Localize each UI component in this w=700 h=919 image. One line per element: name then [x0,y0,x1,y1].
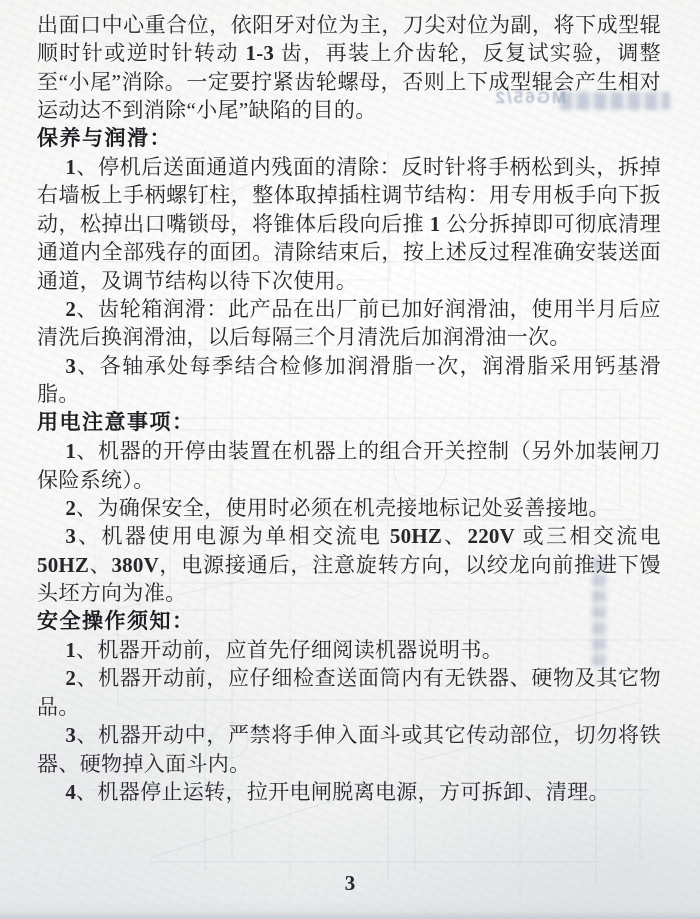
paragraph: 出面口中心重合位，依阳牙对位为主，刀尖对位为副，将下成型辊顺时针或逆时针转动 1… [37,11,661,125]
paragraph: 2、为确保安全，使用时必须在机壳接地标记处妥善接地。 [37,494,661,522]
scan-bottom-edge [0,911,700,919]
section-heading: 用电注意事项： [37,409,661,437]
paragraph: 4、机器停止运转，拉开电闸脱离电源，方可拆卸、清理。 [37,778,661,806]
page-body: 出面口中心重合位，依阳牙对位为主，刀尖对位为副，将下成型辊顺时针或逆时针转动 1… [37,11,661,806]
scanned-page: MG65/2 出面口中心重合位，依阳牙对位为主，刀尖对位为副，将下成型辊顺时针或… [0,0,700,919]
section-heading: 安全操作须知： [37,608,661,636]
paragraph: 1、停机后送面通道内残面的清除：反时针将手柄松到头，拆掉右墙板上手柄螺钉柱，整体… [37,153,661,295]
paragraph: 3、机器使用电源为单相交流电 50HZ、220V 或三相交流电 50HZ、380… [37,522,661,607]
paragraph: 1、机器的开停由装置在机器上的组合开关控制（另外加装闸刀保险系统）。 [37,437,661,494]
paragraph: 2、机器开动前，应仔细检查送面筒内有无铁器、硬物及其它物品。 [37,664,661,721]
paragraph: 1、机器开动前，应首先仔细阅读机器说明书。 [37,636,661,664]
paragraph: 3、机器开动中，严禁将手伸入面斗或其它传动部位，切勿将铁器、硬物掉入面斗内。 [37,721,661,778]
paragraph: 2、齿轮箱润滑：此产品在出厂前已加好润滑油，使用半月后应清洗后换润滑油，以后每隔… [37,295,661,352]
paragraph: 3、各轴承处每季结合检修加润滑脂一次，润滑脂采用钙基滑脂。 [37,352,661,409]
section-heading: 保养与润滑： [37,125,661,153]
page-number: 3 [0,871,700,896]
